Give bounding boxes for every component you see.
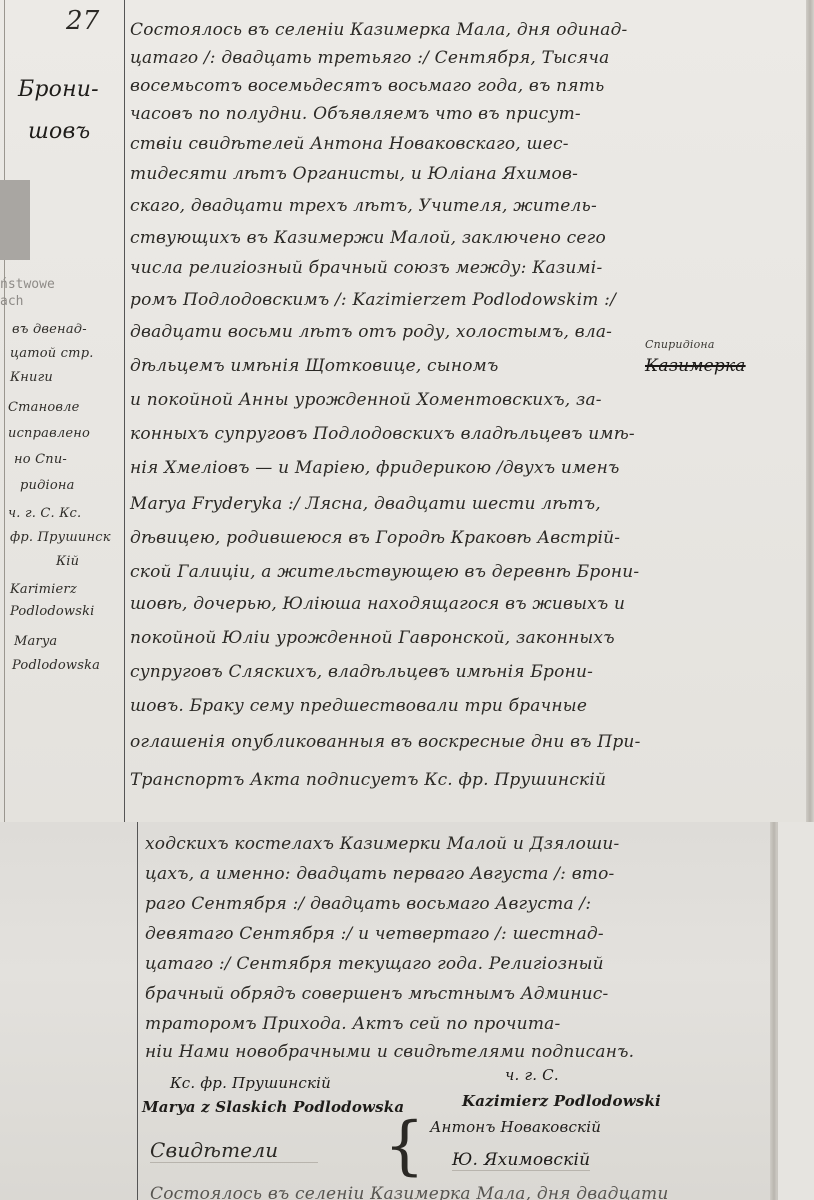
margin-annotation: въ двенад- [12, 322, 87, 337]
record-line: покойной Юліи урожденной Гавронской, зак… [130, 628, 615, 648]
margin-signature-groom-first: Karimierz [10, 582, 77, 597]
record-line: брачный обрядъ совершенъ мѣстнымъ Админи… [145, 984, 608, 1004]
struck-word: Казимерка [645, 356, 746, 376]
record-line: ской Галиціи, а жительствующею въ деревн… [130, 562, 639, 582]
margin-annotation: Становле [8, 400, 80, 415]
record-line: ромъ Подлодовскимъ /: Kazimierzem Podlod… [130, 290, 616, 310]
record-line: шовѣ, дочерью, Юліюша находящагося въ жи… [130, 594, 625, 614]
entry-number: 27 [66, 6, 99, 36]
record-line: оглашенія опубликованныя въ воскресные д… [130, 732, 641, 752]
next-entry-fragment: Состоялось въ селеніи Казимерка Мала, дн… [150, 1184, 669, 1200]
record-line: тидесяти лѣтъ Органисты, и Юліана Яхимов… [130, 164, 578, 184]
record-line: и покойной Анны урожденной Хоментовскихъ… [130, 390, 602, 410]
archive-watermark-box [0, 180, 30, 260]
record-line: шовъ. Браку сему предшествовали три брач… [130, 696, 587, 716]
margin-annotation: Кій [56, 554, 79, 569]
page-edge-line [4, 0, 5, 822]
groom-signature: Kazimierz Podlodowski [462, 1092, 661, 1110]
record-line: раго Сентября :/ двадцать восьмаго Авгус… [145, 894, 591, 914]
village-name-line-1: Брони- [18, 76, 99, 104]
witness-1-signature: Антонъ Новаковскій [430, 1118, 601, 1136]
witness-brace: { [384, 1114, 425, 1178]
record-line: восемьсотъ восемьдесятъ восьмаго года, в… [130, 76, 605, 96]
record-line: нія Хмеліовъ — и Маріею, фридерикою /дву… [130, 458, 620, 478]
scan-bottom-page: ходскихъ костелахъ Казимерки Малой и Дзя… [0, 822, 814, 1200]
record-line: ствіи свидѣтелей Антона Новаковскаго, ше… [130, 134, 569, 154]
margin-annotation: исправлено [8, 426, 90, 441]
record-line: Marya Fryderyka :/ Лясна, двадцати шести… [130, 494, 601, 514]
margin-signature-bride-first: Marya [14, 634, 57, 649]
record-line: девятаго Сентября :/ и четвертаго /: шес… [145, 924, 604, 944]
record-line: числа религіозный брачный союзъ между: К… [130, 258, 602, 278]
bride-signature: Marya z Slaskich Podlodowska [142, 1098, 404, 1116]
margin-rule [137, 822, 138, 1200]
record-line: дѣвицею, родившеюся въ Городѣ Краковѣ Ав… [130, 528, 620, 548]
transport-note: Транспортъ Акта подписуетъ Кс. фр. Пруши… [130, 770, 606, 790]
archive-watermark-text: ństwowe ach [0, 276, 55, 310]
margin-signature-bride-last: Podlodowska [12, 658, 100, 673]
village-name-line-2: шовъ [28, 118, 90, 146]
record-line: цатаго /: двадцать третьяго :/ Сентября,… [130, 48, 610, 68]
record-line: супруговъ Сляскихъ, владѣльцевъ имѣнія Б… [130, 662, 593, 682]
record-line: часовъ по полудни. Объявляемъ что въ при… [130, 104, 581, 124]
margin-annotation: но Спи- [14, 452, 67, 467]
witnesses-label: Свидѣтели [150, 1138, 318, 1163]
priest-signature: Кс. фр. Прушинскій [170, 1074, 331, 1092]
margin-annotation: цатой стр. [10, 346, 94, 361]
margin-annotation: ридіона [20, 478, 75, 493]
record-line: конныхъ супруговъ Подлодовскихъ владѣльц… [130, 424, 635, 444]
margin-signature-groom-last: Podlodowski [10, 604, 95, 619]
record-line: Состоялось въ селеніи Казимерка Мала, дн… [130, 20, 628, 40]
record-line: дѣльцемъ имѣнія Щотковице, сыномъ [130, 356, 498, 376]
record-line: ніи Нами новобрачными и свидѣтелями подп… [145, 1042, 634, 1062]
correction-above-line: Спиридіона [645, 338, 715, 351]
margin-annotation: ч. г. С. Кс. [8, 506, 81, 521]
margin-annotation: Книги [10, 370, 53, 385]
book-spine [806, 0, 814, 822]
facing-page-edge [777, 822, 814, 1200]
witness-2-signature: Ю. Яхимовскій [452, 1150, 590, 1171]
record-line: двадцати восьми лѣтъ отъ роду, холостымъ… [130, 322, 612, 342]
record-line: цатаго :/ Сентября текущаго года. Религі… [145, 954, 604, 974]
margin-annotation: фр. Прушинск [10, 530, 111, 545]
record-line: ходскихъ костелахъ Казимерки Малой и Дзя… [145, 834, 619, 854]
margin-rule [124, 0, 125, 822]
record-line: цахъ, а именно: двадцать перваго Августа… [145, 864, 615, 884]
record-line: ствующихъ въ Казимержи Малой, заключено … [130, 228, 606, 248]
record-line: скаго, двадцати трехъ лѣтъ, Учителя, жит… [130, 196, 597, 216]
record-line: траторомъ Прихода. Актъ сей по прочита- [145, 1014, 560, 1034]
priest-title: ч. г. С. [505, 1066, 559, 1084]
scan-top-page: ństwowe ach 27 Брони- шовъ въ двенад- ца… [0, 0, 814, 822]
